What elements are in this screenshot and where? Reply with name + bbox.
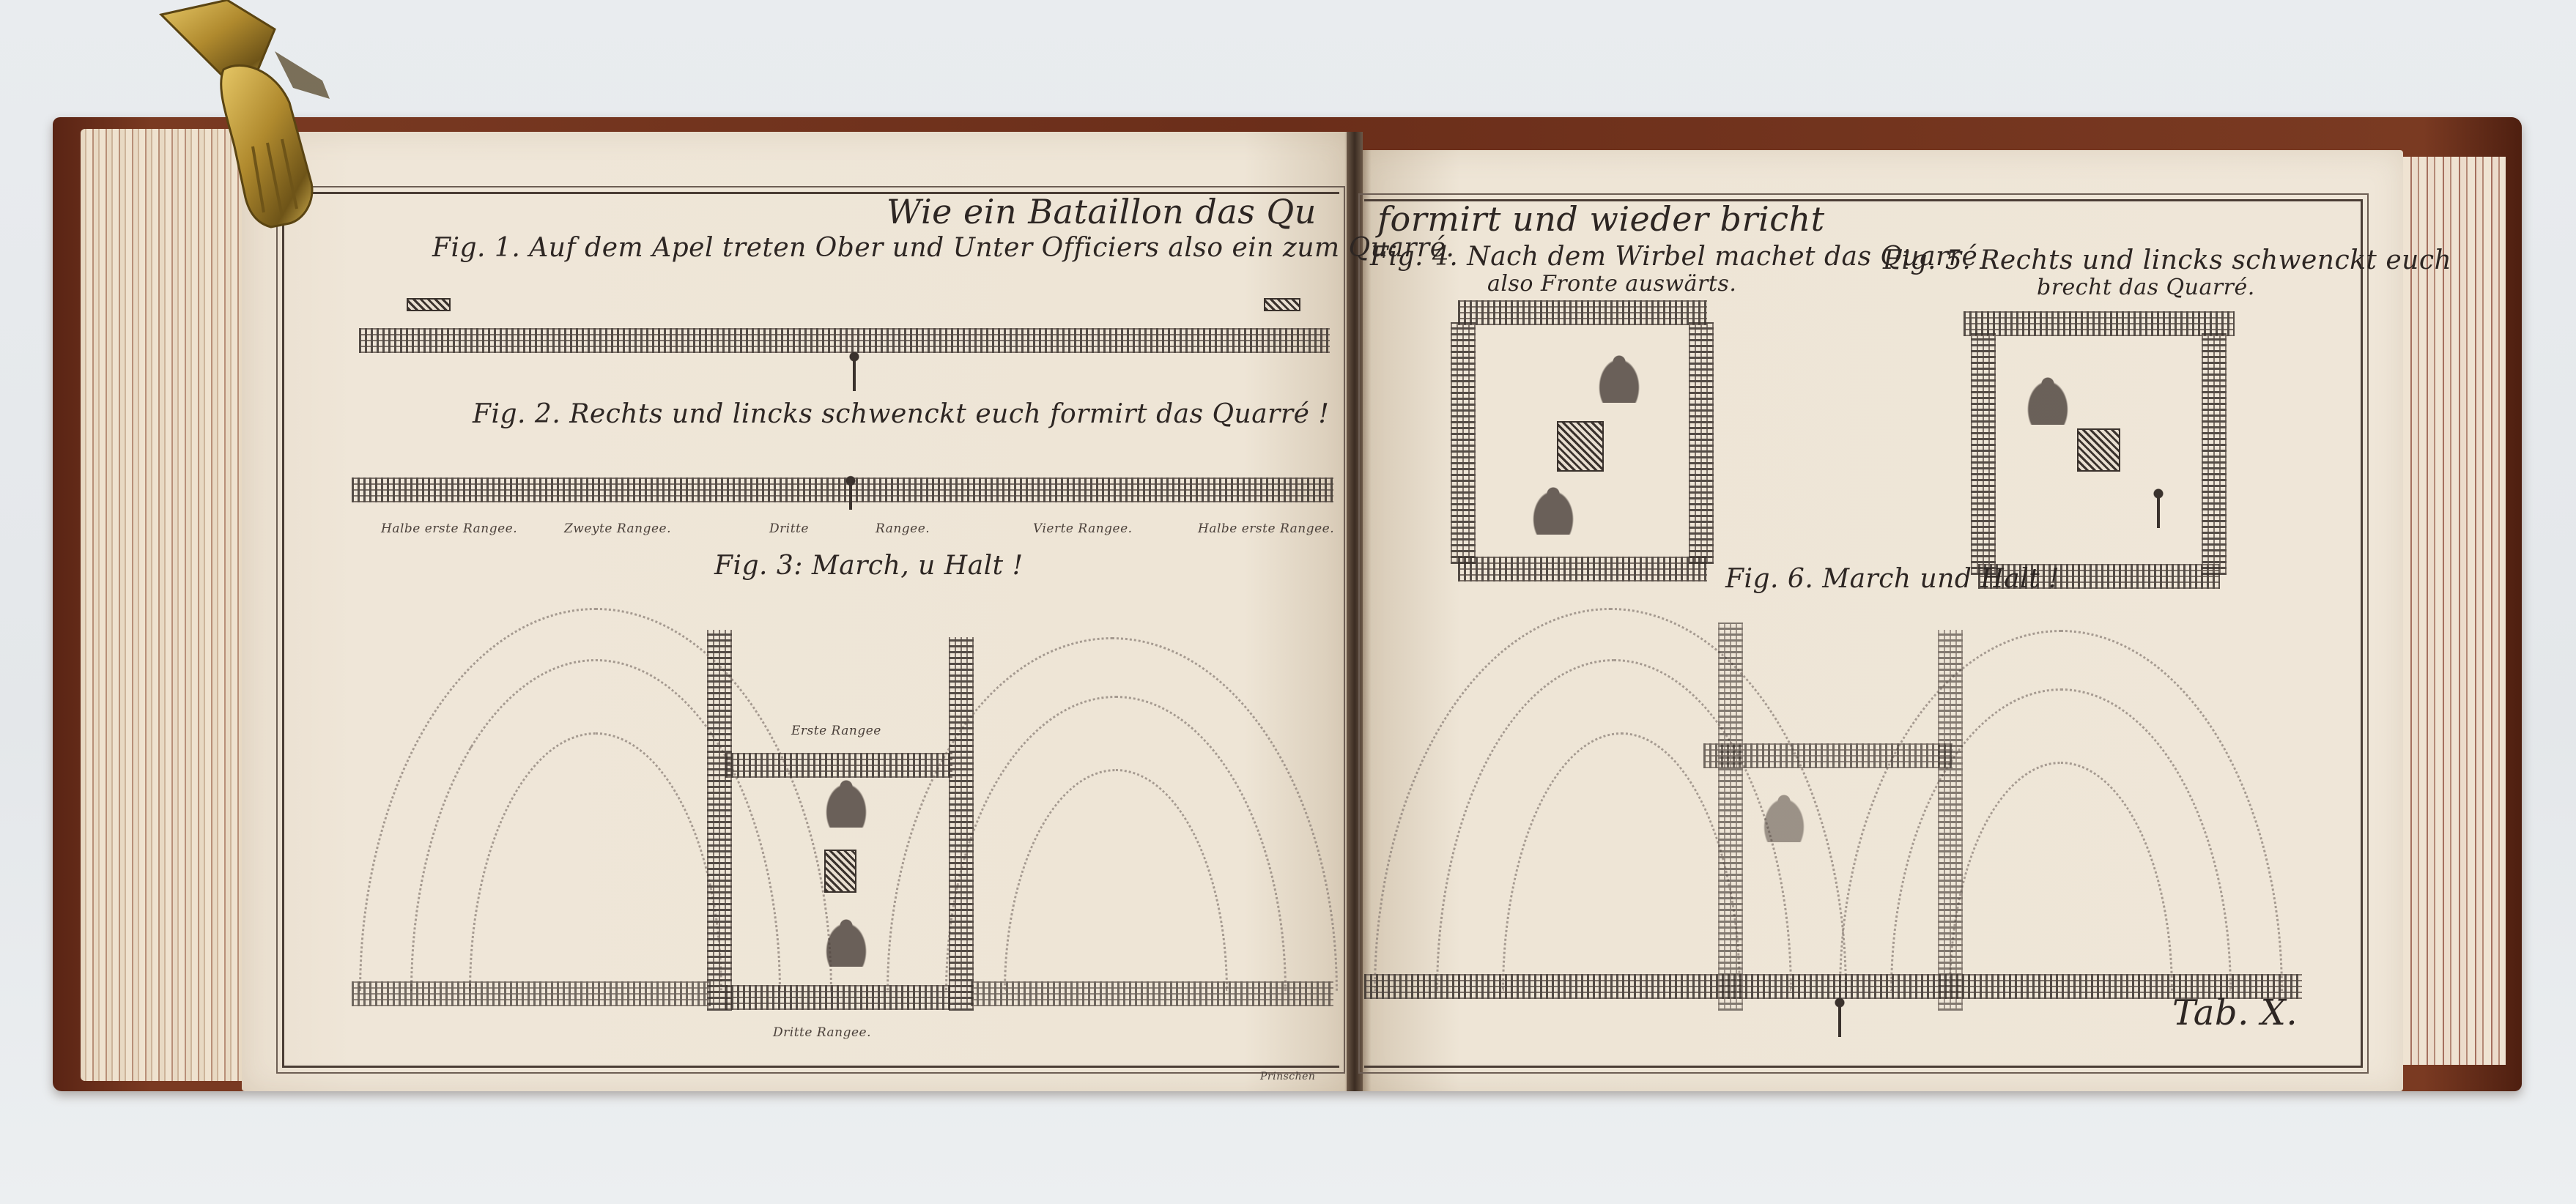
fig3-commander-on-horse <box>821 915 872 967</box>
fig6-battalion-line <box>1364 974 2302 999</box>
fig2-rank-label-6: Halbe erste Rangee. <box>1198 521 1334 536</box>
fig3-rank-label-rear: Dritte Rangee. <box>773 1025 871 1040</box>
fig3-caption: Fig. 3: March, u Halt ! <box>714 551 1024 581</box>
fig2-rank-label-1: Halbe erste Rangee. <box>381 521 517 536</box>
fig3-officer-on-horse <box>821 776 872 828</box>
fig3-square-rear <box>725 985 952 1010</box>
fig6-column-left <box>1718 623 1743 1011</box>
fig3-line-left <box>352 981 711 1006</box>
fig6-front-rank <box>1703 743 1953 768</box>
fig3-line-right <box>971 981 1333 1006</box>
fig6-caption: Fig. 6. March und Halt ! <box>1725 564 2059 594</box>
fig3-rank-label-front: Erste Rangee <box>791 724 881 738</box>
fig6-rider <box>1758 791 1810 842</box>
fig2-rank-label-2: Zweyte Rangee. <box>564 521 671 536</box>
right-page-edges <box>2396 157 2506 1065</box>
fig2-rank-label-4: Rangee. <box>876 521 930 536</box>
fig1-officer-figure <box>846 350 862 394</box>
left-page-edges <box>81 129 264 1081</box>
fig1-caption: Fig. 1. Auf dem Apel treten Ober und Unt… <box>432 233 1454 263</box>
plate-title-left: Wie ein Bataillon das Qu <box>887 192 1317 231</box>
fig2-rank-label-3: Dritte <box>769 521 809 536</box>
fig2-rank-label-5: Vierte Rangee. <box>1033 521 1133 536</box>
brass-hand-clip-icon <box>147 0 344 242</box>
fig3-colour-party <box>824 850 856 893</box>
fig1-drummers <box>407 289 451 310</box>
fig3-square-right-side <box>949 637 974 1011</box>
fig6-officer-figure <box>1832 996 1848 1040</box>
fig2-officer-figure <box>843 469 859 549</box>
fig5-caption-line1: Fig. 5. Rechts und lincks schwenckt euch <box>1883 245 2451 275</box>
fig6-column-right <box>1938 630 1963 1011</box>
fig1-drummers-right <box>1264 282 1300 311</box>
fig1-battalion-line <box>359 328 1330 353</box>
fig4-caption-line2: also Fronte auswärts. <box>1487 271 1736 297</box>
fig4-square-formation <box>1436 300 1729 593</box>
fig2-caption: Fig. 2. Rechts und lincks schwenckt euch… <box>473 399 1329 429</box>
engraver-signature: Prinschen <box>1260 1071 1315 1082</box>
fig3-square-left-side <box>707 630 732 1011</box>
book-gutter <box>1347 132 1363 1091</box>
fig3-square-front <box>725 753 952 778</box>
fig5-caption-line2: brecht das Quarré. <box>2037 275 2255 300</box>
plate-number: Tab. X. <box>2172 992 2298 1033</box>
fig5-square-breaking <box>1964 311 2235 593</box>
